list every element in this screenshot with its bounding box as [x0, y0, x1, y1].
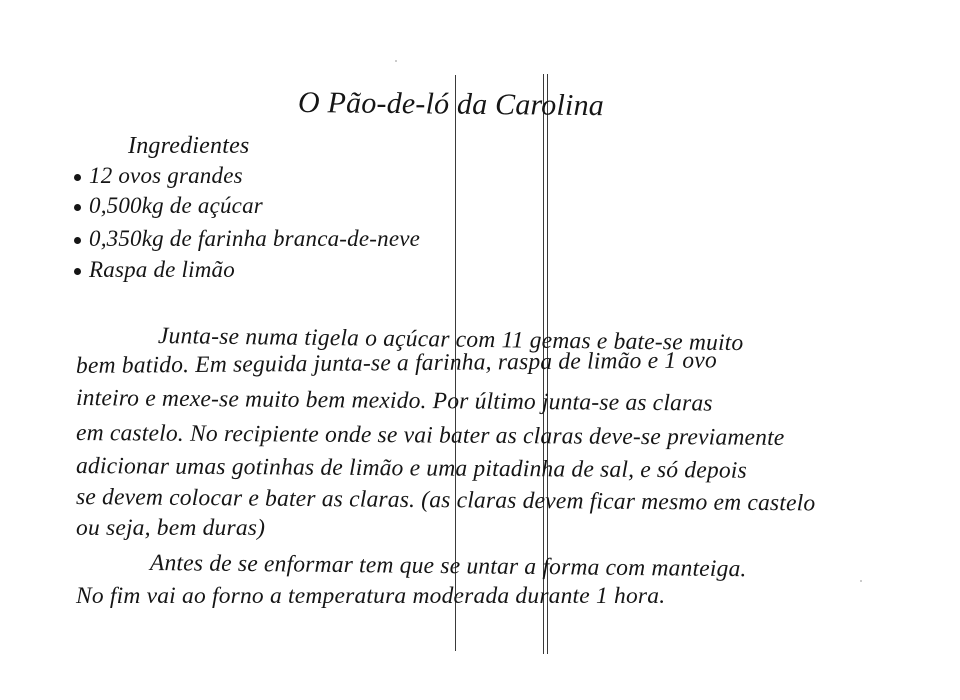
ingredient-text: 0,500kg de açúcar [89, 193, 263, 218]
instruction-line: em castelo. No recipiente onde se vai ba… [76, 420, 785, 452]
instruction-line: Antes de se enformar tem que se untar a … [150, 550, 747, 583]
bullet-icon [74, 237, 81, 244]
ingredients-heading: Ingredientes [128, 133, 249, 160]
instruction-line: inteiro e mexe-se muito bem mexido. Por … [76, 385, 713, 418]
scanned-recipe-page: O Pão-de-ló da Carolina Ingredientes 12 … [0, 0, 960, 700]
ingredient-text: 12 ovos grandes [89, 163, 243, 188]
recipe-title: O Pão-de-ló da Carolina [298, 86, 604, 123]
instruction-line: ou seja, bem duras) [76, 515, 265, 542]
ingredient-item: 0,500kg de açúcar [74, 193, 263, 219]
bullet-icon [74, 268, 81, 275]
ingredient-item: 12 ovos grandes [74, 163, 243, 189]
instruction-line: se devem colocar e bater as claras. (as … [76, 484, 816, 517]
bullet-icon [74, 174, 81, 181]
scan-speck [395, 60, 397, 62]
bullet-icon [74, 204, 81, 211]
instruction-line: No fim vai ao forno a temperatura modera… [76, 583, 665, 610]
scan-speck [860, 580, 862, 582]
ingredient-text: Raspa de limão [89, 257, 235, 282]
instruction-line: bem batido. Em seguida junta-se a farinh… [76, 347, 717, 380]
ingredient-text: 0,350kg de farinha branca-de-neve [89, 226, 420, 251]
instruction-line: adicionar umas gotinhas de limão e uma p… [76, 453, 747, 485]
ingredient-item: Raspa de limão [74, 257, 235, 283]
ingredient-item: 0,350kg de farinha branca-de-neve [74, 226, 420, 252]
